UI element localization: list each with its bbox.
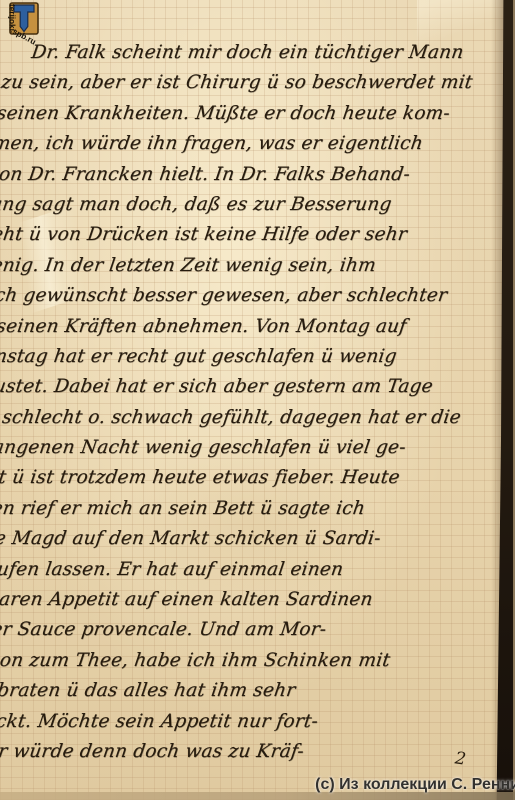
handwriting-line: zu sein, aber er ist Chirurg ü so beschw… [0, 72, 500, 102]
handwriting-line: morgen rief er mich an sein Bett ü sagte… [0, 498, 440, 528]
handwriting-line: auch gewünscht besser gewesen, aber schl… [0, 285, 470, 315]
handwriting-line: geschmeckt. Möchte sein Appetit nur fort… [0, 711, 410, 741]
scanned-letter-page: terijoki .spb.ru Dr. Falk scheint mir do… [0, 0, 515, 800]
terijoki-watermark-logo: terijoki .spb.ru [2, 2, 42, 46]
handwriting-line: Dienstag hat er recht gut geschlafen ü w… [0, 346, 461, 376]
handwriting-line: men, ich würde ihn fragen, was er eigent… [0, 133, 491, 163]
handwriting-line: hustet ü ist trotzdem heute etwas fieber… [0, 467, 444, 497]
handwriting-line: wenig. In der letzten Zeit wenig sein, i… [0, 255, 474, 285]
handwriting-line: Eiern gebraten ü das alles hat ihm sehr [0, 680, 414, 710]
handwriting-line: geht ü von Drücken ist keine Hilfe oder … [0, 224, 478, 254]
handwriting-line: gen, schon zum Thee, habe ich ihm Schink… [0, 650, 419, 680]
handwriting-line: soll die Magd auf den Markt schicken ü S… [0, 528, 436, 558]
handwriting-line: mit einer Sauce provencale. Und am Mor- [0, 619, 423, 649]
handwriting-line: dauern, er würde denn doch was zu Kräf- [0, 741, 406, 771]
handwriting-line: furchtbaren Appetit auf einen kalten Sar… [0, 589, 427, 619]
handwriting-line: gehustet. Dabei hat er sich aber gestern… [0, 376, 457, 406]
handwriting-line: nen kaufen lassen. Er hat auf einmal ein… [0, 559, 431, 589]
handwriting-line: lung sagt man doch, daß es zur Besserung [0, 194, 483, 224]
handwriting-line: an seinen Kräften abnehmen. Von Montag a… [0, 316, 466, 346]
collection-copyright-label: (с) Из коллекции С. Ренни [315, 776, 515, 794]
handwriting-line: vergangenen Nacht wenig geschlafen ü vie… [0, 437, 448, 467]
handwriting-line: von Dr. Francken hielt. In Dr. Falks Beh… [0, 164, 487, 194]
handwriting-line: seinen Krankheiten. Müßte er doch heute … [0, 103, 495, 133]
handwriting-line: Dr. Falk scheint mir doch ein tüchtiger … [3, 42, 504, 72]
handwriting-line: sehr schlecht o. schwach gefühlt, dagege… [0, 407, 453, 437]
